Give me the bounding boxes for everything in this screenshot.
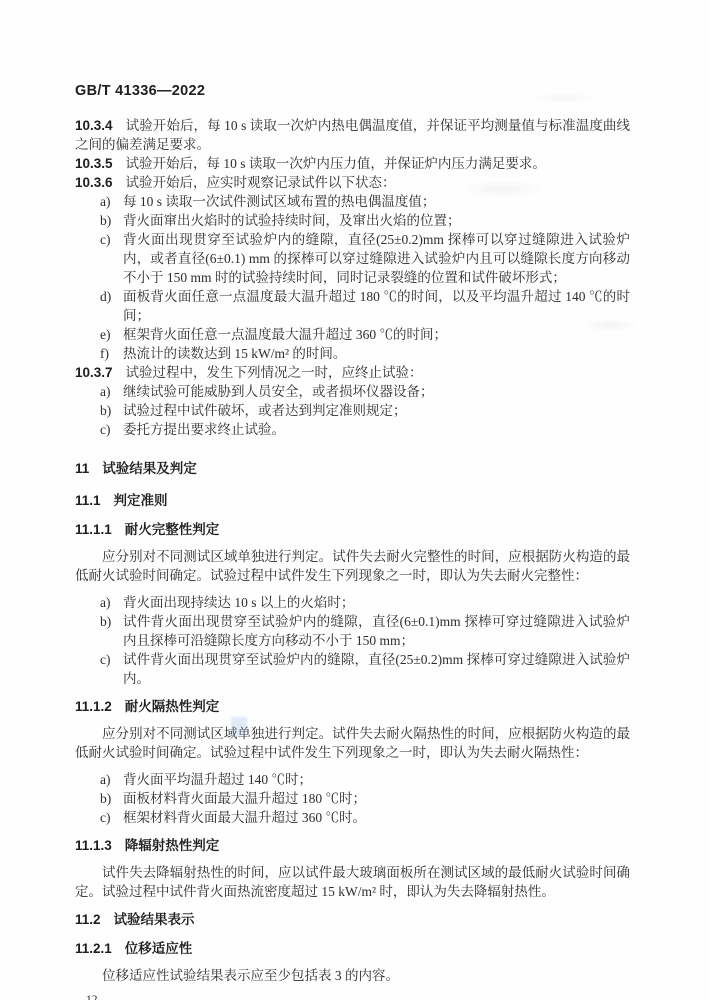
list-item: a)背火面出现持续达 10 s 以上的火焰时； bbox=[75, 593, 630, 612]
body-paragraph: 位移适应性试验结果表示应至少包括表 3 的内容。 bbox=[75, 966, 630, 985]
body-paragraph: 应分别对不同测试区域单独进行判定。试件失去耐火隔热性的时间，应根据防火构造的最低… bbox=[75, 724, 630, 762]
list-marker: c) bbox=[100, 650, 111, 669]
page-number: 12 bbox=[86, 993, 630, 1000]
clause-paragraph: 10.3.6试验开始后，应实时观察记录试件以下状态： bbox=[75, 173, 630, 192]
list-marker: a) bbox=[100, 770, 111, 789]
list-marker: d) bbox=[100, 287, 111, 306]
section-title: 耐火完整性判定 bbox=[125, 522, 220, 537]
list-item-text: 框架材料背火面最大温升超过 360 ℃时。 bbox=[123, 810, 366, 825]
list-item: c)试件背火面出现贯穿至试验炉内的缝隙，直径(25±0.2)mm 探棒可穿过缝隙… bbox=[75, 650, 630, 688]
paragraph-text: 应分别对不同测试区域单独进行判定。试件失去耐火隔热性的时间，应根据防火构造的最低… bbox=[75, 726, 630, 760]
section-number: 11.1 bbox=[75, 493, 101, 508]
clause-number: 10.3.7 bbox=[75, 365, 113, 380]
section-number: 11.2.1 bbox=[75, 941, 112, 956]
body-paragraph: 试件失去降辐射热性的时间，应以试件最大玻璃面板所在测试区域的最低耐火试验时间确定… bbox=[75, 863, 630, 901]
list-marker: a) bbox=[100, 593, 111, 612]
list-item: a)继续试验可能威胁到人员安全，或者损坏仪器设备； bbox=[75, 382, 630, 401]
list-item-text: 背火面出现贯穿至试验炉内的缝隙，直径(25±0.2)mm 探棒可以穿过缝隙进入试… bbox=[123, 232, 630, 285]
clause-number: 10.3.5 bbox=[75, 156, 113, 171]
section-heading: 11.1判定准则 bbox=[75, 491, 630, 510]
section-number: 11.1.3 bbox=[75, 838, 112, 853]
standard-number-header: GB/T 41336—2022 bbox=[75, 84, 630, 99]
paragraph-text: 应分别对不同测试区域单独进行判定。试件失去耐火完整性的时间，应根据防火构造的最低… bbox=[75, 549, 630, 583]
section-title: 试验结果表示 bbox=[114, 912, 195, 927]
section-title: 降辐射热性判定 bbox=[125, 838, 220, 853]
list-item: e)框架背火面任意一点温度最大温升超过 360 ℃的时间； bbox=[75, 325, 630, 344]
list-item: d)面板背火面任意一点温度最大温升超过 180 ℃的时间，以及平均温升超过 14… bbox=[75, 287, 630, 325]
section-heading: 11.1.3降辐射热性判定 bbox=[75, 836, 630, 855]
list-item: c)背火面出现贯穿至试验炉内的缝隙，直径(25±0.2)mm 探棒可以穿过缝隙进… bbox=[75, 230, 630, 287]
paragraph-text: 位移适应性试验结果表示应至少包括表 3 的内容。 bbox=[102, 968, 399, 983]
list-marker: b) bbox=[100, 401, 111, 420]
list-item-text: 背火面平均温升超过 140 ℃时； bbox=[123, 772, 312, 787]
list-item: c)委托方提出要求终止试验。 bbox=[75, 420, 630, 439]
section-number: 11.1.2 bbox=[75, 699, 112, 714]
list-item: a)每 10 s 读取一次试件测试区域布置的热电偶温度值； bbox=[75, 192, 630, 211]
clause-paragraph: 10.3.7试验过程中，发生下列情况之一时，应终止试验： bbox=[75, 363, 630, 382]
list-item-text: 面板材料背火面最大温升超过 180 ℃时； bbox=[123, 791, 366, 806]
list-item-text: 委托方提出要求终止试验。 bbox=[123, 422, 285, 437]
list-item: b)试件背火面出现贯穿至试验炉内的缝隙，直径(6±0.1)mm 探棒可穿过缝隙进… bbox=[75, 612, 630, 650]
list-item-text: 继续试验可能威胁到人员安全，或者损坏仪器设备； bbox=[123, 384, 434, 399]
list-item-text: 试件背火面出现贯穿至试验炉内的缝隙，直径(6±0.1)mm 探棒可穿过缝隙进入试… bbox=[123, 614, 630, 648]
list-marker: c) bbox=[100, 230, 111, 249]
list-item: c)框架材料背火面最大温升超过 360 ℃时。 bbox=[75, 808, 630, 827]
section-number: 11.2 bbox=[75, 912, 101, 927]
document-body: 10.3.4试验开始后，每 10 s 读取一次炉内热电偶温度值，并保证平均测量值… bbox=[75, 116, 630, 985]
clause-paragraph: 10.3.5试验开始后，每 10 s 读取一次炉内压力值，并保证炉内压力满足要求… bbox=[75, 154, 630, 173]
section-number: 11 bbox=[75, 461, 89, 476]
section-title: 耐火隔热性判定 bbox=[125, 699, 220, 714]
body-paragraph: 应分别对不同测试区域单独进行判定。试件失去耐火完整性的时间，应根据防火构造的最低… bbox=[75, 547, 630, 585]
list-item-text: 框架背火面任意一点温度最大温升超过 360 ℃的时间； bbox=[123, 327, 447, 342]
clause-text: 试验开始后，每 10 s 读取一次炉内压力值，并保证炉内压力满足要求。 bbox=[126, 156, 546, 171]
list-item-text: 背火面出现持续达 10 s 以上的火焰时； bbox=[123, 595, 354, 610]
clause-text: 试验开始后，每 10 s 读取一次炉内热电偶温度值，并保证平均测量值与标准温度曲… bbox=[75, 118, 630, 152]
list-item-text: 试验过程中试件破坏，或者达到判定准则规定； bbox=[123, 403, 407, 418]
list-item: b)面板材料背火面最大温升超过 180 ℃时； bbox=[75, 789, 630, 808]
section-title: 位移适应性 bbox=[125, 941, 193, 956]
list-marker: b) bbox=[100, 211, 111, 230]
section-heading: 11.1.1耐火完整性判定 bbox=[75, 520, 630, 539]
section-heading: 11试验结果及判定 bbox=[75, 459, 630, 478]
list-marker: f) bbox=[100, 344, 109, 363]
list-item-text: 每 10 s 读取一次试件测试区域布置的热电偶温度值； bbox=[123, 194, 435, 209]
section-heading: 11.2.1位移适应性 bbox=[75, 939, 630, 958]
list-item: f)热流计的读数达到 15 kW/m² 的时间。 bbox=[75, 344, 630, 363]
section-title: 试验结果及判定 bbox=[102, 461, 197, 476]
clause-text: 试验开始后，应实时观察记录试件以下状态： bbox=[126, 175, 396, 190]
list-item-text: 试件背火面出现贯穿至试验炉内的缝隙，直径(25±0.2)mm 探棒可穿过缝隙进入… bbox=[123, 652, 630, 686]
list-marker: c) bbox=[100, 808, 111, 827]
clause-number: 10.3.4 bbox=[75, 118, 113, 133]
section-heading: 11.1.2耐火隔热性判定 bbox=[75, 697, 630, 716]
section-title: 判定准则 bbox=[114, 493, 168, 508]
clause-paragraph: 10.3.4试验开始后，每 10 s 读取一次炉内热电偶温度值，并保证平均测量值… bbox=[75, 116, 630, 154]
list-marker: a) bbox=[100, 192, 111, 211]
list-item-text: 背火面窜出火焰时的试验持续时间，及窜出火焰的位置； bbox=[123, 213, 461, 228]
list-item: a)背火面平均温升超过 140 ℃时； bbox=[75, 770, 630, 789]
list-marker: a) bbox=[100, 382, 111, 401]
clause-text: 试验过程中，发生下列情况之一时，应终止试验： bbox=[126, 365, 423, 380]
list-marker: e) bbox=[100, 325, 111, 344]
section-heading: 11.2试验结果表示 bbox=[75, 910, 630, 929]
list-marker: b) bbox=[100, 789, 111, 808]
section-number: 11.1.1 bbox=[75, 522, 112, 537]
list-item: b)背火面窜出火焰时的试验持续时间，及窜出火焰的位置； bbox=[75, 211, 630, 230]
list-item: b)试验过程中试件破坏，或者达到判定准则规定； bbox=[75, 401, 630, 420]
document-page: GB/T 41336—2022 10.3.4试验开始后，每 10 s 读取一次炉… bbox=[0, 0, 710, 1000]
list-item-text: 面板背火面任意一点温度最大温升超过 180 ℃的时间，以及平均温升超过 140 … bbox=[123, 289, 630, 323]
list-marker: c) bbox=[100, 420, 111, 439]
list-marker: b) bbox=[100, 612, 111, 631]
clause-number: 10.3.6 bbox=[75, 175, 113, 190]
list-item-text: 热流计的读数达到 15 kW/m² 的时间。 bbox=[123, 346, 346, 361]
paragraph-text: 试件失去降辐射热性的时间，应以试件最大玻璃面板所在测试区域的最低耐火试验时间确定… bbox=[75, 865, 630, 899]
